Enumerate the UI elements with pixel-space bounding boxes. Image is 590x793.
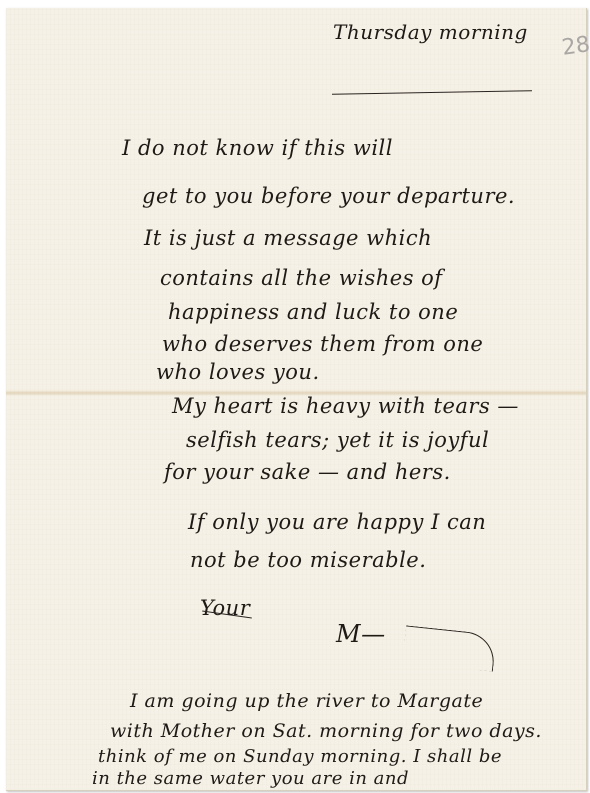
postscript-line: with Mother on Sat. morning for two days… [110, 720, 542, 742]
body-line: for your sake — and hers. [164, 460, 451, 484]
postscript-line: in the same water you are in and [92, 768, 409, 789]
body-line: selfish tears; yet it is joyful [186, 428, 489, 452]
signature: M— [336, 620, 386, 648]
body-line: get to you before your departure. [142, 184, 515, 208]
page-number: 28 [560, 32, 590, 61]
body-line: I do not know if this will [122, 136, 393, 160]
body-line: My heart is heavy with tears — [172, 394, 519, 418]
body-line: It is just a message which [144, 226, 432, 250]
body-line: who loves you. [156, 360, 320, 384]
body-line: contains all the wishes of [160, 266, 443, 290]
postscript-line: think of me on Sunday morning. I shall b… [98, 746, 502, 767]
body-line: happiness and luck to one [168, 300, 458, 324]
letter-date: Thursday morning [333, 20, 528, 44]
date-underline [332, 90, 532, 94]
letter-page: Thursday morning 28 I do not know if thi… [6, 8, 587, 791]
body-line: If only you are happy I can [188, 510, 486, 534]
body-line: who deserves them from one [162, 332, 483, 356]
postscript-line: I am going up the river to Margate [130, 690, 483, 712]
body-line: not be too miserable. [190, 548, 426, 572]
signature-flourish [402, 625, 496, 671]
